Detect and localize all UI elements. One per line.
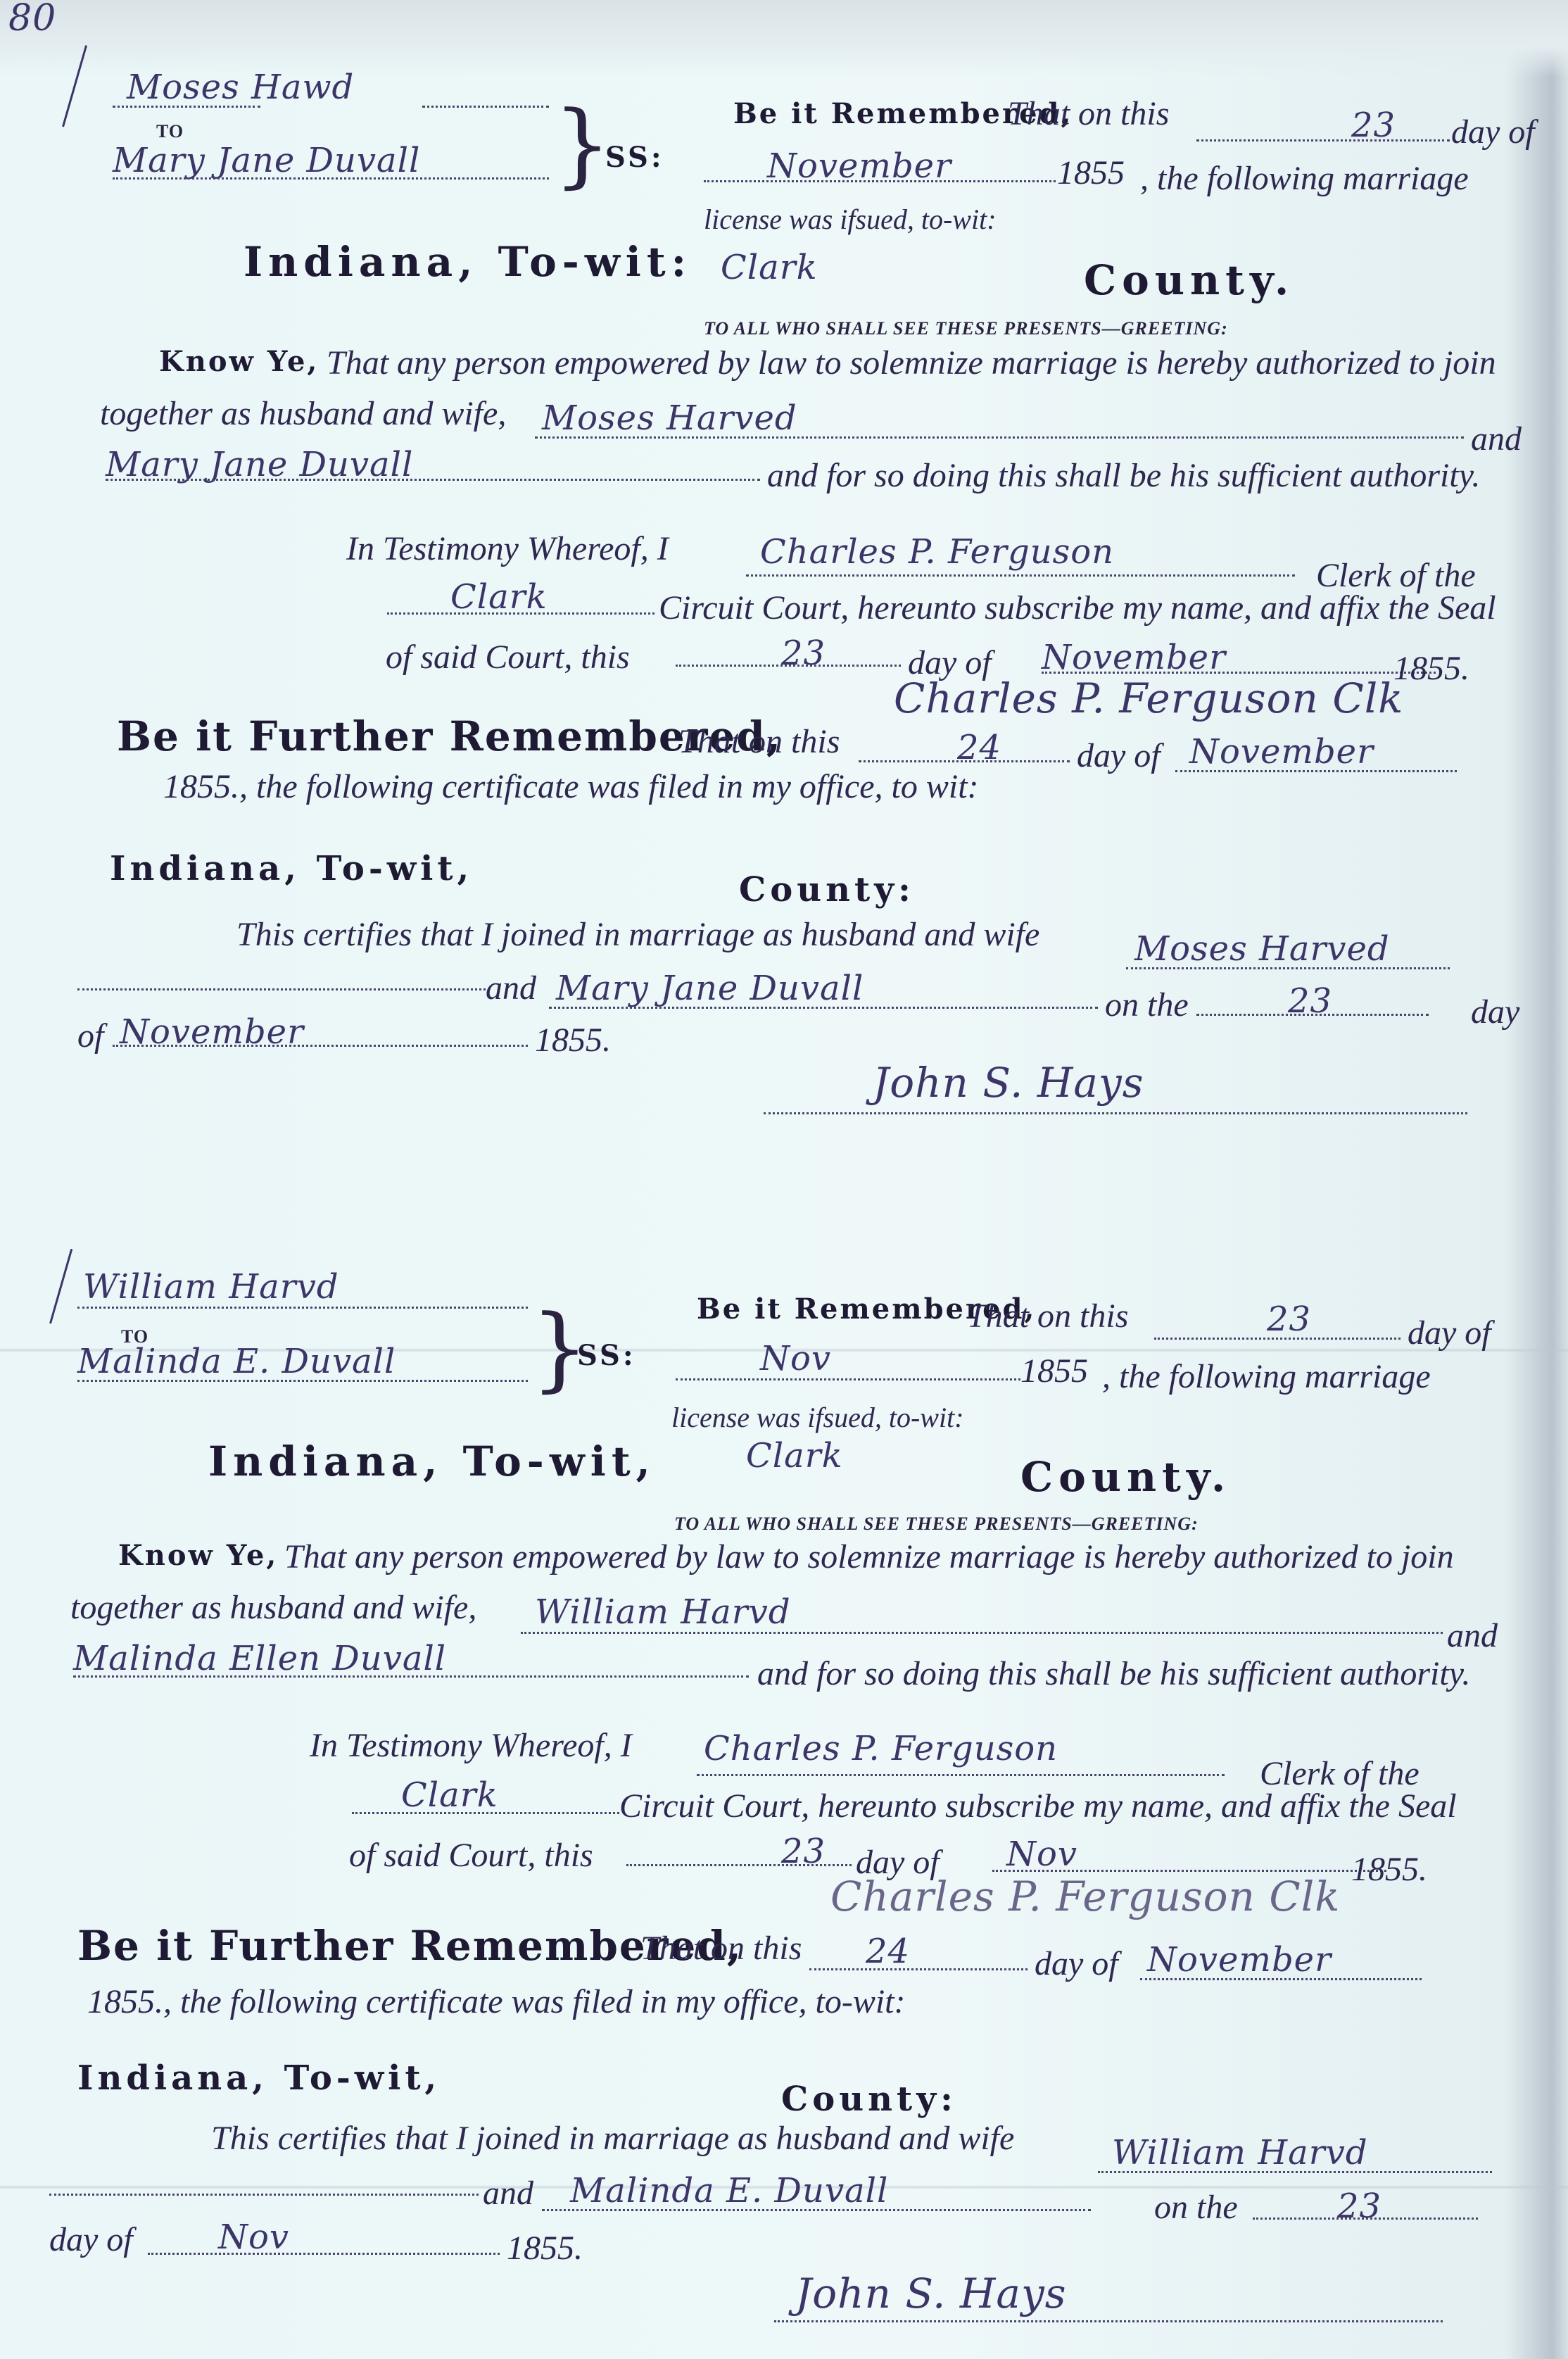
bride-name: Malinda Ellen Duvall xyxy=(73,1639,446,1678)
know-ye-text: That any person empowered by law to sole… xyxy=(284,1537,1454,1576)
filed-day-of: day of xyxy=(1077,736,1161,775)
clerk-name: Charles P. Ferguson xyxy=(704,1729,1058,1768)
seal-month: November xyxy=(1042,638,1226,677)
license-issued: license was ifsued, to-wit: xyxy=(671,1401,964,1434)
cert-month: November xyxy=(120,1012,304,1052)
ss-label: SS: xyxy=(577,1339,636,1372)
seal-day: 23 xyxy=(781,1832,826,1871)
license-day: 23 xyxy=(1267,1300,1311,1339)
together-text: together as husband and wife, xyxy=(100,394,506,433)
ss-label: SS: xyxy=(605,141,664,174)
license-month: Nov xyxy=(760,1339,831,1378)
greeting-line: TO ALL WHO SHALL SEE THESE PRESENTS—GREE… xyxy=(674,1514,1199,1535)
cert-and: and xyxy=(483,2174,533,2213)
seal-year: 1855. xyxy=(1393,649,1469,688)
day-of: day of xyxy=(1451,113,1535,151)
dotted-line xyxy=(73,1675,749,1678)
court-county: Clark xyxy=(450,577,548,617)
to-label: TO xyxy=(156,121,184,142)
cert-day-label: day xyxy=(1471,993,1519,1031)
cert-and: and xyxy=(486,969,536,1007)
know-ye: Know Ye, xyxy=(118,1539,278,1572)
cert-bride: Malinda E. Duvall xyxy=(570,2171,888,2210)
cert-groom: Moses Harved xyxy=(1134,929,1390,969)
license-day: 23 xyxy=(1351,106,1396,145)
cert-year: 1855. xyxy=(507,2229,583,2267)
dotted-line xyxy=(521,1632,1443,1634)
dotted-line xyxy=(106,479,760,481)
day-of: day of xyxy=(1408,1314,1491,1352)
indiana-to-wit: Indiana, To-wit: xyxy=(244,238,692,286)
circuit-court-text: Circuit Court, hereunto subscribe my nam… xyxy=(619,1787,1457,1825)
cert-text: This certifies that I joined in marriage… xyxy=(211,2119,1014,2158)
of-said-court: of said Court, this xyxy=(386,638,630,677)
cert-county-label: County: xyxy=(781,2080,957,2119)
testimony-text: In Testimony Whereof, I xyxy=(310,1726,632,1765)
groom-name: Moses Harved xyxy=(542,398,797,438)
county-label: County. xyxy=(1084,256,1294,304)
indiana-to-wit: Indiana, To-wit, xyxy=(208,1438,656,1485)
dotted-line xyxy=(77,1380,528,1382)
filed-day: 24 xyxy=(957,728,1001,767)
page-number: 80 xyxy=(8,0,56,39)
dotted-line xyxy=(676,1378,1020,1380)
license-issued: license was ifsued, to-wit: xyxy=(704,203,997,236)
dotted-line xyxy=(49,2194,479,2196)
groom-header: Moses Hawd xyxy=(127,68,354,107)
filed-year-text: 1855., the following certificate was fil… xyxy=(87,1982,906,2021)
dotted-line xyxy=(809,1968,1028,1970)
following-marriage: , the following marriage xyxy=(1140,159,1469,198)
cert-bride: Mary Jane Duvall xyxy=(556,969,864,1008)
groom-header: William Harvd xyxy=(83,1267,339,1307)
dotted-line xyxy=(746,574,1295,577)
filed-month: November xyxy=(1147,1940,1332,1980)
license-month: November xyxy=(767,146,951,186)
clerk-name: Charles P. Ferguson xyxy=(760,532,1114,572)
groom-name: William Harvd xyxy=(535,1592,791,1632)
together-text: together as husband and wife, xyxy=(70,1588,476,1627)
filed-day-of: day of xyxy=(1035,1944,1118,1983)
dotted-line xyxy=(77,988,486,990)
dotted-line xyxy=(77,1307,528,1309)
cert-groom: William Harvd xyxy=(1112,2133,1368,2172)
county-name: Clark xyxy=(721,248,818,287)
license-year: 1855 xyxy=(1020,1352,1088,1390)
further-that-on-this: That on this xyxy=(678,722,840,761)
brace-symbol: } xyxy=(553,99,612,190)
seal-year: 1855. xyxy=(1351,1850,1427,1889)
cert-of: of xyxy=(77,1017,103,1055)
cert-month: Nov xyxy=(218,2218,289,2257)
and-label: and xyxy=(1471,420,1522,458)
authority-text: and for so doing this shall be his suffi… xyxy=(767,456,1480,495)
filed-year-text: 1855., the following certificate was fil… xyxy=(163,767,979,806)
cert-county-label: County: xyxy=(739,870,915,910)
dotted-line xyxy=(1196,139,1450,141)
county-label: County. xyxy=(1020,1453,1231,1501)
license-year: 1855 xyxy=(1057,153,1125,192)
dotted-line xyxy=(113,177,549,180)
know-ye-text: That any person empowered by law to sole… xyxy=(327,344,1496,382)
that-on-this: That on this xyxy=(967,1297,1128,1335)
county-name: Clark xyxy=(746,1436,843,1476)
greeting-line: TO ALL WHO SHALL SEE THESE PRESENTS—GREE… xyxy=(704,318,1228,339)
cert-day: 23 xyxy=(1288,981,1332,1021)
that-on-this: That on this xyxy=(1008,94,1169,133)
dotted-line xyxy=(764,1112,1467,1114)
and-label: and xyxy=(1447,1616,1498,1655)
seal-month: Nov xyxy=(1006,1835,1077,1874)
cert-indiana-to-wit: Indiana, To-wit, xyxy=(110,849,473,888)
bride-header: Malinda E. Duvall xyxy=(77,1342,396,1381)
dotted-line xyxy=(422,106,549,108)
authority-text: and for so doing this shall be his suffi… xyxy=(757,1654,1470,1693)
further-that-on-this: That on this xyxy=(640,1929,802,1968)
dotted-line xyxy=(113,106,260,108)
cert-day-label: day of xyxy=(49,2220,133,2259)
cert-day: 23 xyxy=(1337,2187,1382,2226)
dotted-line xyxy=(148,2253,500,2255)
clerk-signature: Charles P. Ferguson Clk xyxy=(830,1873,1340,1920)
clerk-signature: Charles P. Ferguson Clk xyxy=(894,674,1403,722)
bride-header: Mary Jane Duvall xyxy=(113,141,420,180)
testimony-text: In Testimony Whereof, I xyxy=(346,529,669,568)
cert-on-the: on the xyxy=(1105,986,1189,1024)
cert-year: 1855. xyxy=(535,1021,611,1059)
cert-on-the: on the xyxy=(1154,2188,1238,2227)
following-marriage: , the following marriage xyxy=(1102,1357,1431,1396)
dotted-line xyxy=(774,2320,1443,2322)
cert-text: This certifies that I joined in marriage… xyxy=(236,915,1039,954)
of-said-court: of said Court, this xyxy=(349,1836,593,1875)
scan-shadow-band xyxy=(0,0,1568,77)
circuit-court-text: Circuit Court, hereunto subscribe my nam… xyxy=(659,589,1496,627)
court-county: Clark xyxy=(401,1775,498,1815)
filed-day: 24 xyxy=(866,1932,910,1971)
cert-indiana-to-wit: Indiana, To-wit, xyxy=(77,2058,441,2098)
officiant-signature: John S. Hays xyxy=(795,2270,1067,2317)
officiant-signature: John S. Hays xyxy=(873,1059,1144,1107)
filed-month: November xyxy=(1189,732,1374,772)
seal-day: 23 xyxy=(781,634,826,673)
know-ye: Know Ye, xyxy=(159,345,319,378)
dotted-line xyxy=(697,1774,1225,1776)
